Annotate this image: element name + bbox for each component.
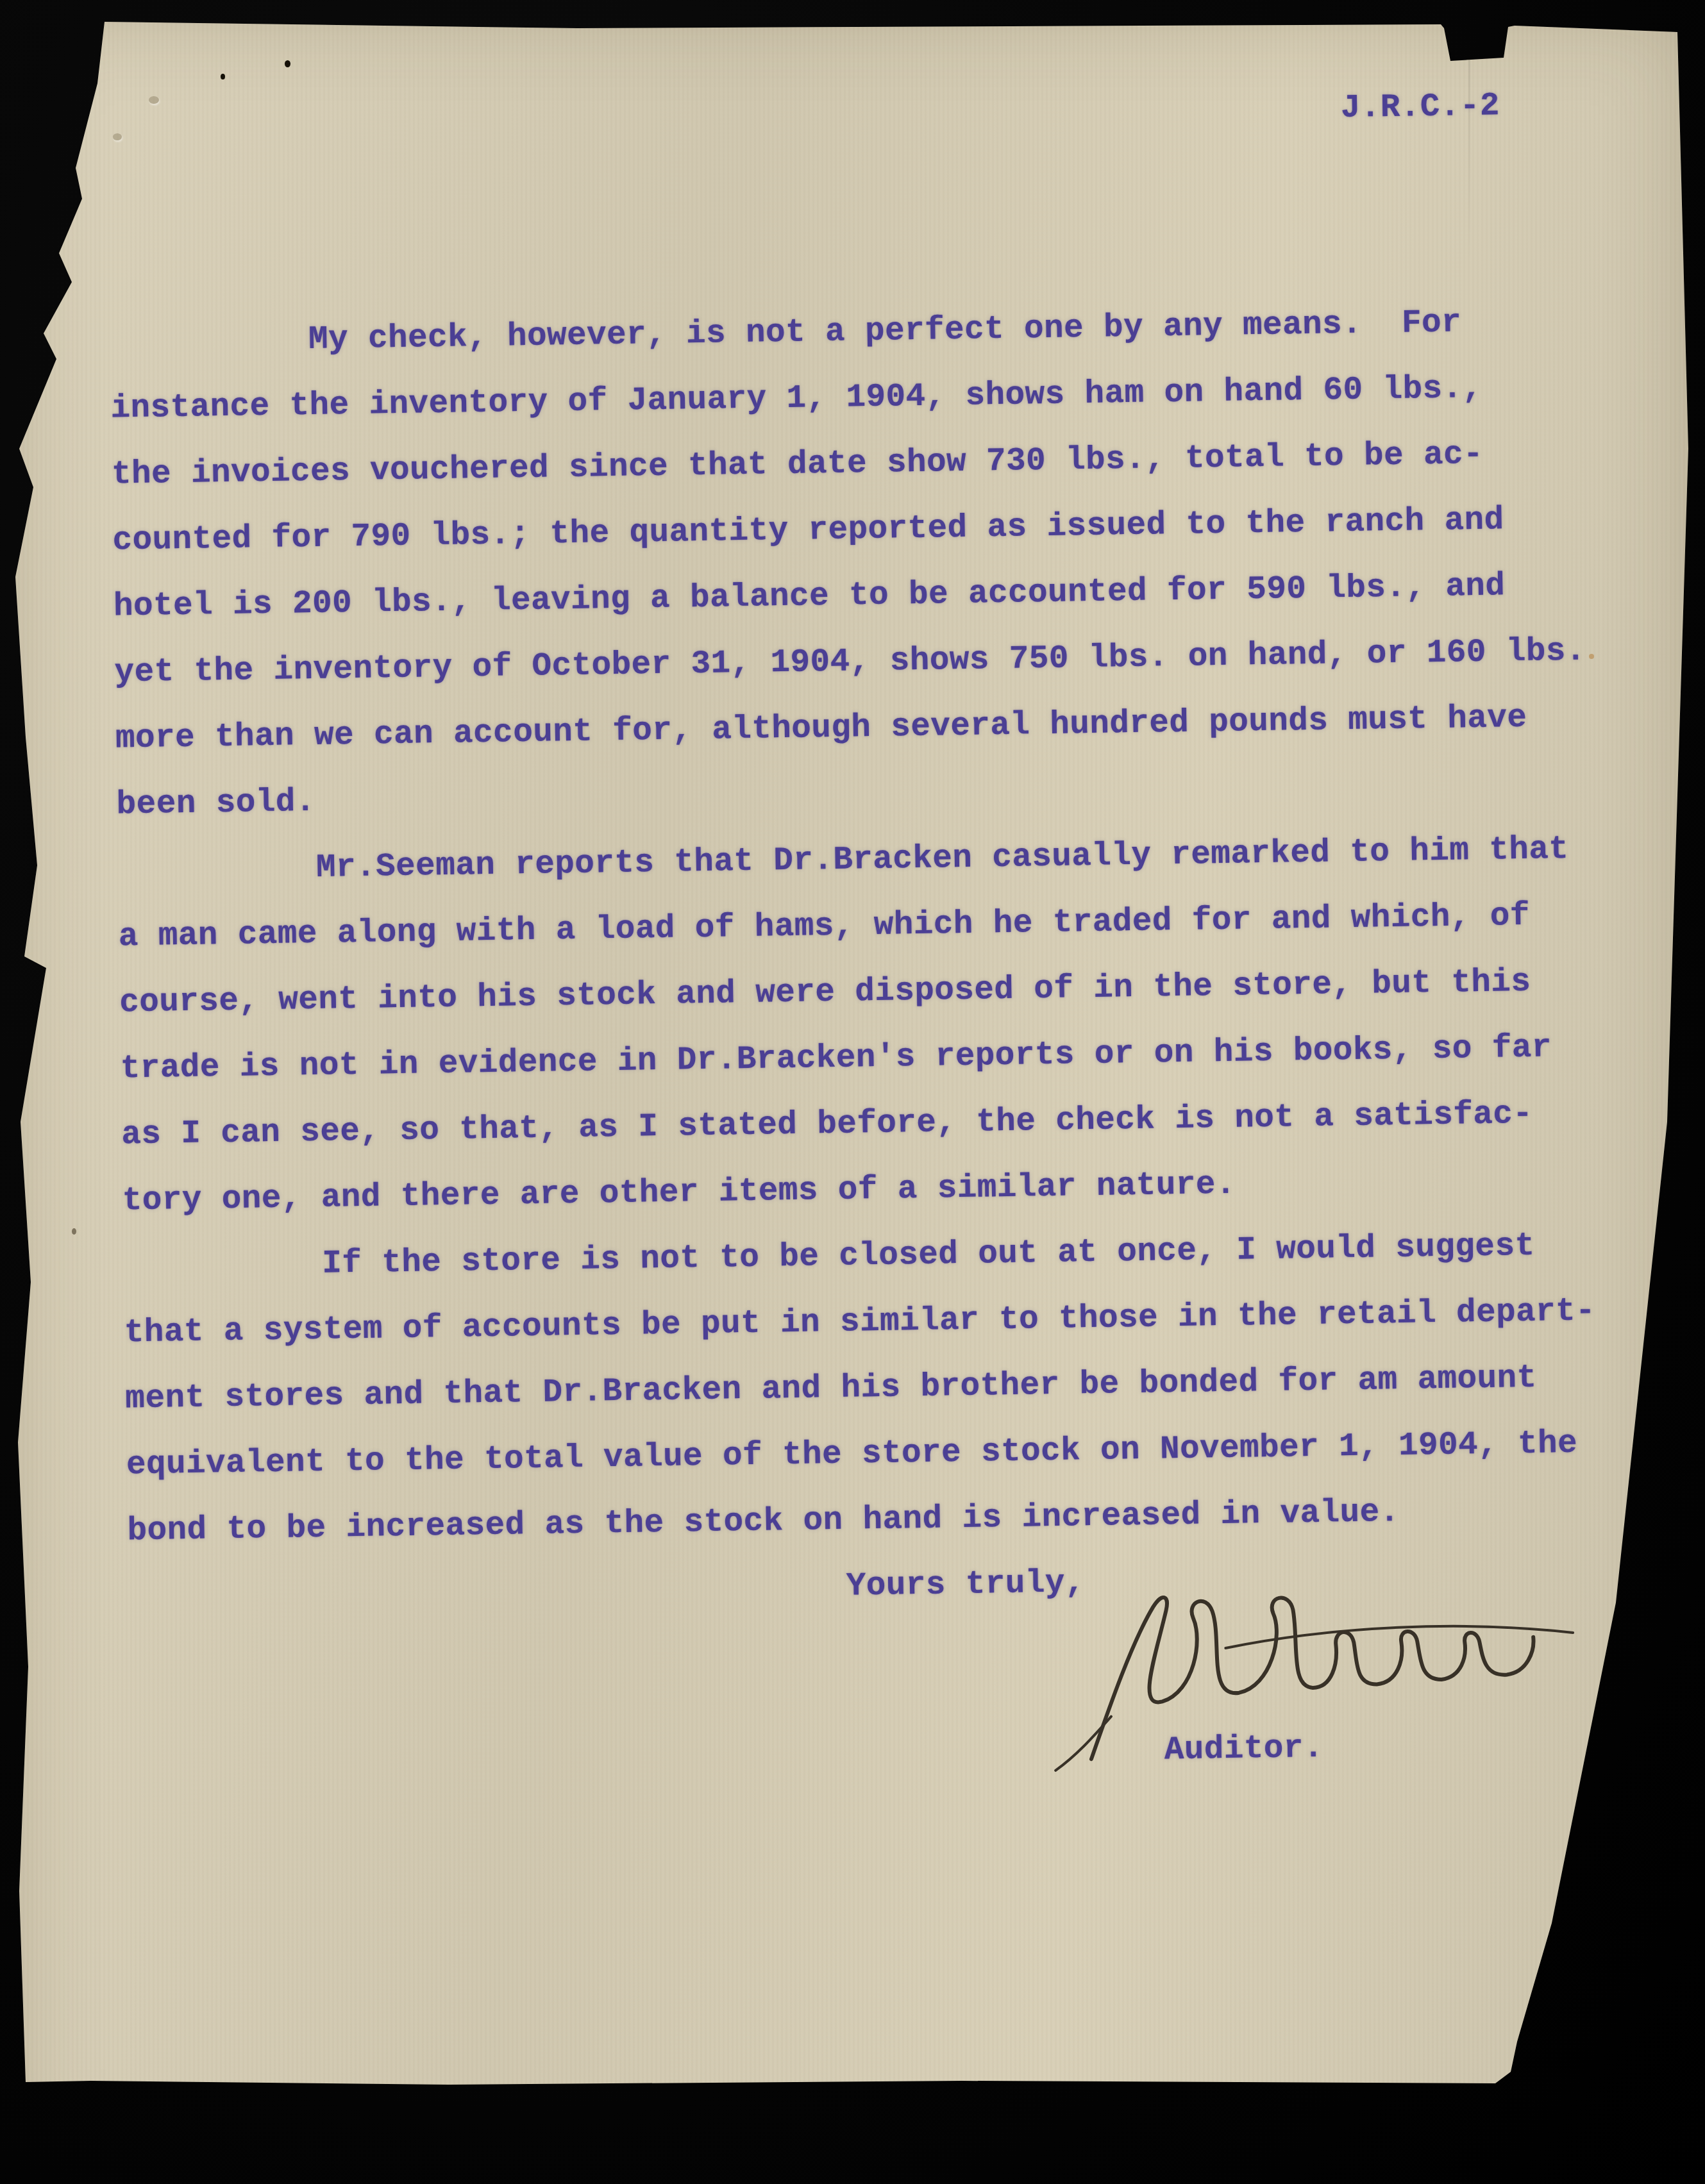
paper-sheet: J.R.C.-2 My check, however, is not a per… bbox=[0, 0, 1705, 2184]
signature-ink bbox=[1013, 1574, 1593, 1774]
pinhole bbox=[221, 74, 225, 79]
paper-dimple bbox=[149, 96, 159, 104]
signature-row bbox=[129, 1608, 1650, 1746]
pinhole bbox=[285, 60, 290, 67]
scan-background: J.R.C.-2 My check, however, is not a per… bbox=[0, 0, 1705, 2184]
typed-text-layer: J.R.C.-2 My check, however, is not a per… bbox=[106, 85, 1651, 1799]
page-reference-label: J.R.C.-2 bbox=[1340, 85, 1626, 128]
ink-speck bbox=[72, 1228, 76, 1235]
letter-body: My check, however, is not a perfect one … bbox=[109, 287, 1647, 1564]
